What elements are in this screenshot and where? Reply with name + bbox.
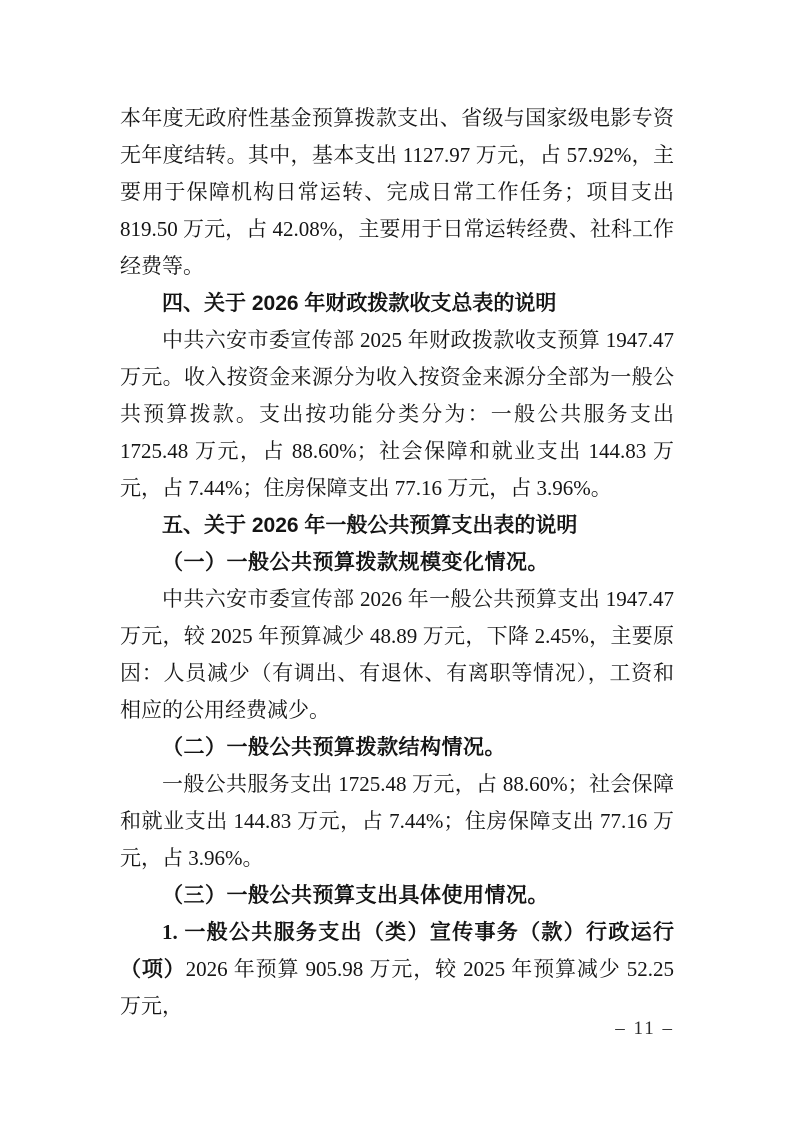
item-1-body-text: 2026 年预算 905.98 万元，较 2025 年预算减少 52.25 万元…	[120, 957, 674, 1018]
paragraph-item-1-admin-operation: 1. 一般公共服务支出（类）宣传事务（款）行政运行（项）2026 年预算 905…	[120, 914, 674, 1025]
document-page: 本年度无政府性基金预算拨款支出、省级与国家级电影专资无年度结转。其中，基本支出 …	[0, 0, 793, 1122]
section-heading-5-public-budget-expenditure-table: 五、关于 2026 年一般公共预算支出表的说明	[120, 507, 674, 544]
page-number: – 11 –	[120, 1017, 674, 1041]
subheading-3-specific-usage: （三）一般公共预算支出具体使用情况。	[120, 877, 674, 914]
subheading-1-scale-change: （一）一般公共预算拨款规模变化情况。	[120, 544, 674, 581]
subheading-2-structure: （二）一般公共预算拨款结构情况。	[120, 729, 674, 766]
paragraph-scale-change-detail: 中共六安市委宣传部 2026 年一般公共预算支出 1947.47 万元，较 20…	[120, 581, 674, 729]
section-heading-4-fiscal-appropriation-table: 四、关于 2026 年财政拨款收支总表的说明	[120, 285, 674, 322]
paragraph-carryover-expenditure: 本年度无政府性基金预算拨款支出、省级与国家级电影专资无年度结转。其中，基本支出 …	[120, 100, 674, 285]
paragraph-fiscal-appropriation-summary: 中共六安市委宣传部 2025 年财政拨款收支预算 1947.47 万元。收入按资…	[120, 322, 674, 507]
document-body: 本年度无政府性基金预算拨款支出、省级与国家级电影专资无年度结转。其中，基本支出 …	[120, 100, 674, 1025]
paragraph-structure-detail: 一般公共服务支出 1725.48 万元，占 88.60%；社会保障和就业支出 1…	[120, 766, 674, 877]
